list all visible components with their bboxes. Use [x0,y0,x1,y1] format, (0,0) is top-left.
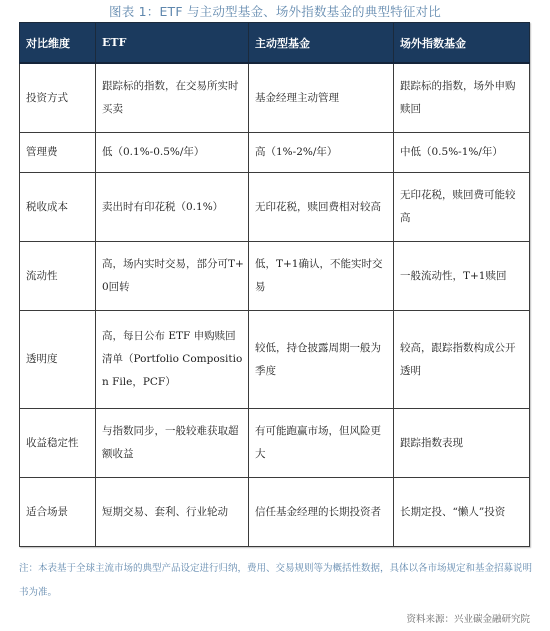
table-row: 透明度 高，每日公布 ETF 申购赎回清单（Portfolio Composit… [20,311,530,409]
cell-active-fund: 无印花税，赎回费相对较高 [249,173,394,242]
row-label: 收益稳定性 [20,409,96,478]
table-row: 适合场景 短期交易、套利、行业轮动 信任基金经理的长期投资者 长期定投、“懒人”… [20,478,530,547]
header-otc-index-fund: 场外指数基金 [394,23,530,64]
cell-etf: 低（0.1%-0.5%/年） [96,133,249,173]
table-row: 税收成本 卖出时有印花税（0.1%） 无印花税，赎回费相对较高 无印花税，赎回费… [20,173,530,242]
cell-active-fund: 高（1%-2%/年） [249,133,394,173]
cell-otc-index-fund: 无印花税，赎回费可能较高 [394,173,530,242]
table-note: 注：本表基于全球主流市场的典型产品设定进行归纳，费用、交易规则等为概括性数据，具… [19,557,535,605]
row-label: 流动性 [20,242,96,311]
row-label: 投资方式 [20,63,96,133]
cell-etf: 与指数同步，一般较难获取超额收益 [96,409,249,478]
cell-active-fund: 较低，持仓披露周期一般为季度 [249,311,394,409]
header-etf: ETF [96,23,249,64]
cell-otc-index-fund: 跟踪标的指数，场外申购赎回 [394,63,530,133]
comparison-table: 对比维度 ETF 主动型基金 场外指数基金 投资方式 跟踪标的指数，在交易所实时… [19,22,530,547]
header-dimension: 对比维度 [20,23,96,64]
header-active-fund: 主动型基金 [249,23,394,64]
cell-otc-index-fund: 跟踪指数表现 [394,409,530,478]
cell-active-fund: 有可能跑赢市场，但风险更大 [249,409,394,478]
cell-otc-index-fund: 较高，跟踪指数构成公开透明 [394,311,530,409]
cell-otc-index-fund: 中低（0.5%-1%/年） [394,133,530,173]
data-source: 资料来源：兴业碳金融研究院 [406,611,530,625]
cell-active-fund: 基金经理主动管理 [249,63,394,133]
table-row: 投资方式 跟踪标的指数，在交易所实时买卖 基金经理主动管理 跟踪标的指数，场外申… [20,63,530,133]
row-label: 税收成本 [20,173,96,242]
table-row: 收益稳定性 与指数同步，一般较难获取超额收益 有可能跑赢市场，但风险更大 跟踪指… [20,409,530,478]
cell-etf: 跟踪标的指数，在交易所实时买卖 [96,63,249,133]
row-label: 适合场景 [20,478,96,547]
cell-etf: 短期交易、套利、行业轮动 [96,478,249,547]
cell-otc-index-fund: 长期定投、“懒人”投资 [394,478,530,547]
cell-active-fund: 低，T+1确认，不能实时交易 [249,242,394,311]
table-header-row: 对比维度 ETF 主动型基金 场外指数基金 [20,23,530,64]
table-row: 管理费 低（0.1%-0.5%/年） 高（1%-2%/年） 中低（0.5%-1%… [20,133,530,173]
figure-title: 图表 1：ETF 与主动型基金、场外指数基金的典型特征对比 [0,2,550,20]
row-label: 透明度 [20,311,96,409]
cell-etf: 高，每日公布 ETF 申购赎回清单（Portfolio Composition … [96,311,249,409]
cell-etf: 卖出时有印花税（0.1%） [96,173,249,242]
row-label: 管理费 [20,133,96,173]
cell-etf: 高，场内实时交易，部分可T+0回转 [96,242,249,311]
cell-active-fund: 信任基金经理的长期投资者 [249,478,394,547]
table-row: 流动性 高，场内实时交易，部分可T+0回转 低，T+1确认，不能实时交易 一般流… [20,242,530,311]
cell-otc-index-fund: 一般流动性，T+1赎回 [394,242,530,311]
